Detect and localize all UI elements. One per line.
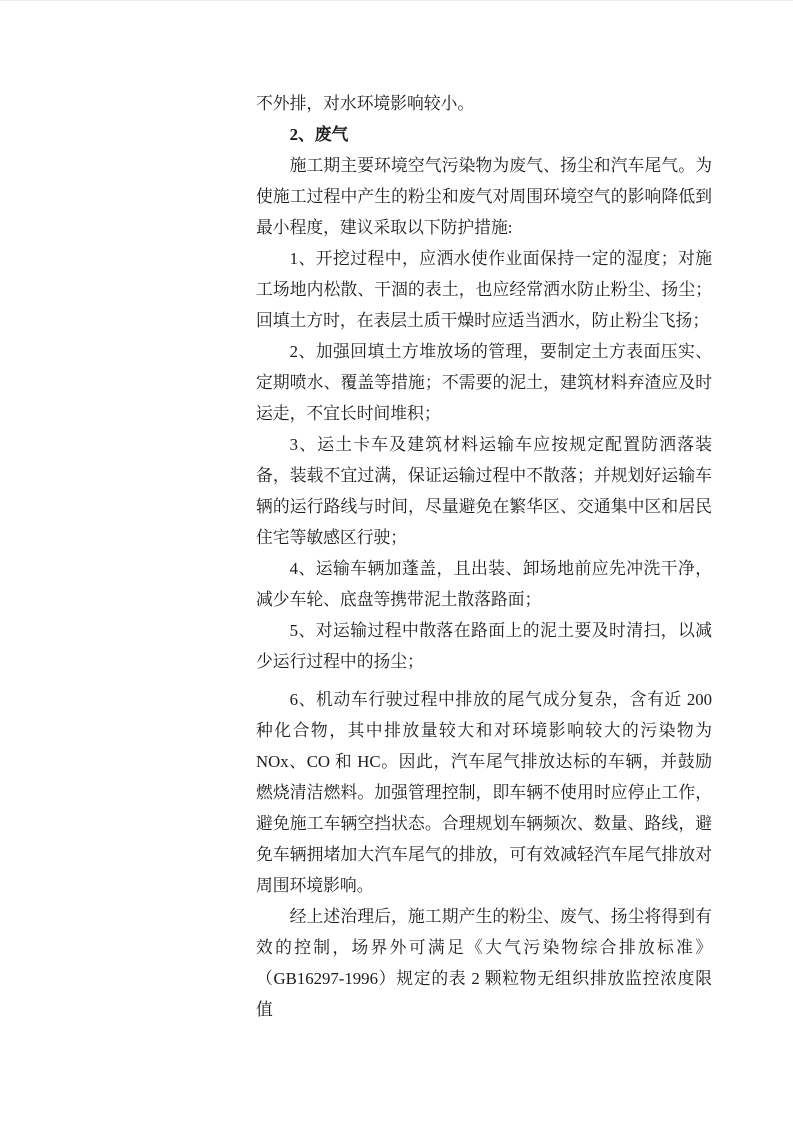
measure-item-6-vehicle-exhaust: 6、机动车行驶过程中排放的尾气成分复杂，含有近 200 种化合物，其中排放量较大… [256, 684, 712, 901]
measure-item-3-transport-trucks: 3、运土卡车及建筑材料运输车应按规定配置防洒落装备，装载不宜过满，保证运输过程中… [256, 429, 712, 553]
measure-item-5-road-cleaning: 5、对运输过程中散落在路面上的泥土要及时清扫，以减少运行过程中的扬尘； [256, 615, 712, 677]
paragraph-waste-gas-intro: 施工期主要环境空气污染物为废气、扬尘和汽车尾气。为使施工过程中产生的粉尘和废气对… [256, 150, 712, 243]
document-body: 不外排，对水环境影响较小。 2、废气 施工期主要环境空气污染物为废气、扬尘和汽车… [256, 88, 712, 1025]
measure-item-2-stockpile-management: 2、加强回填土方堆放场的管理，要制定土方表面压实、定期喷水、覆盖等措施；不需要的… [256, 336, 712, 429]
measure-item-1-watering: 1、开挖过程中，应洒水使作业面保持一定的湿度；对施工场地内松散、干涸的表土，也应… [256, 243, 712, 336]
section-heading-waste-gas: 2、废气 [256, 119, 712, 150]
paragraph-conclusion-standard: 经上述治理后，施工期产生的粉尘、废气、扬尘将得到有效的控制，场界外可满足《大气污… [256, 901, 712, 1025]
paragraph-wastewater-tail: 不外排，对水环境影响较小。 [256, 88, 712, 119]
measure-item-4-vehicle-covers: 4、运输车辆加蓬盖，且出装、卸场地前应先冲洗干净，减少车轮、底盘等携带泥土散落路… [256, 553, 712, 615]
document-page: 不外排，对水环境影响较小。 2、废气 施工期主要环境空气污染物为废气、扬尘和汽车… [0, 0, 793, 1123]
